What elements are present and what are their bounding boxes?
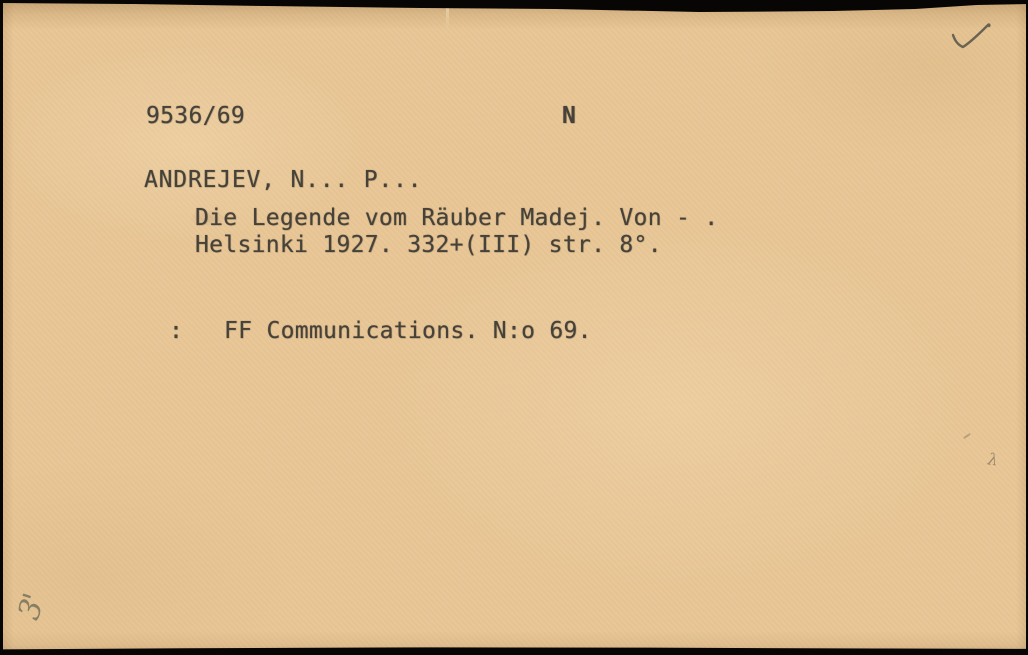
catalog-card: 9536/69 N ANDREJEV, N... P... Die Legend… (0, 0, 1028, 655)
pencil-mark-bottom-left: 3' (11, 591, 52, 624)
scanned-card-image: 9536/69 N ANDREJEV, N... P... Die Legend… (0, 0, 1028, 655)
pencil-checkmark-icon (945, 21, 997, 59)
classification-letter: N (562, 105, 576, 128)
author-heading: ANDREJEV, N... P... (144, 169, 422, 192)
call-number: 9536/69 (146, 105, 245, 128)
title-line: Die Legende vom Räuber Madej. Von - . (195, 207, 718, 230)
imprint-line: Helsinki 1927. 332+(III) str. 8°. (195, 234, 662, 257)
series-separator: : (169, 320, 183, 343)
pencil-mark-right-edge: λ (987, 449, 1000, 469)
scan-edge-left (0, 0, 3, 655)
paper-fiber-speck (963, 433, 971, 439)
series-note: FF Communications. N:o 69. (224, 320, 592, 343)
paper-crease (446, 7, 449, 29)
